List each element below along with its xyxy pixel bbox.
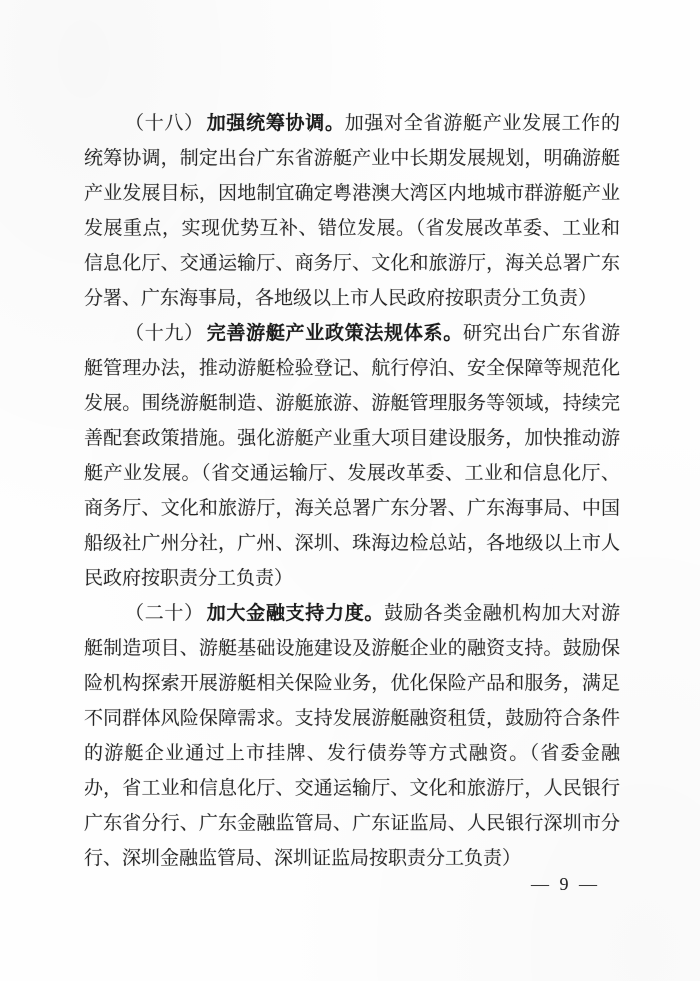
item-title: 完善游艇产业政策法规体系。 [207,323,463,344]
item-number: （十八） [125,113,204,134]
document-body: （十八）加强统筹协调。加强对全省游艇产业发展工作的统筹协调，制定出台广东省游艇产… [84,106,620,876]
document-page: （十八）加强统筹协调。加强对全省游艇产业发展工作的统筹协调，制定出台广东省游艇产… [0,0,700,981]
item-number: （二十） [125,603,204,624]
item-title: 加大金融支持力度。 [207,603,384,624]
policy-paragraph-18: （十八）加强统筹协调。加强对全省游艇产业发展工作的统筹协调，制定出台广东省游艇产… [84,106,620,316]
policy-paragraph-20: （二十）加大金融支持力度。鼓励各类金融机构加大对游艇制造项目、游艇基础设施建设及… [84,596,620,876]
item-title: 加强统筹协调。 [207,113,345,134]
item-number: （十九） [125,323,204,344]
page-number: — 9 — [531,872,600,896]
item-body-text: 鼓励各类金融机构加大对游艇制造项目、游艇基础设施建设及游艇企业的融资支持。鼓励保… [84,603,620,869]
policy-paragraph-19: （十九）完善游艇产业政策法规体系。研究出台广东省游艇管理办法，推动游艇检验登记、… [84,316,620,596]
item-body-text: 加强对全省游艇产业发展工作的统筹协调，制定出台广东省游艇产业中长期发展规划，明确… [84,113,620,309]
item-body-text: 研究出台广东省游艇管理办法，推动游艇检验登记、航行停泊、安全保障等规范化发展。围… [84,323,620,589]
